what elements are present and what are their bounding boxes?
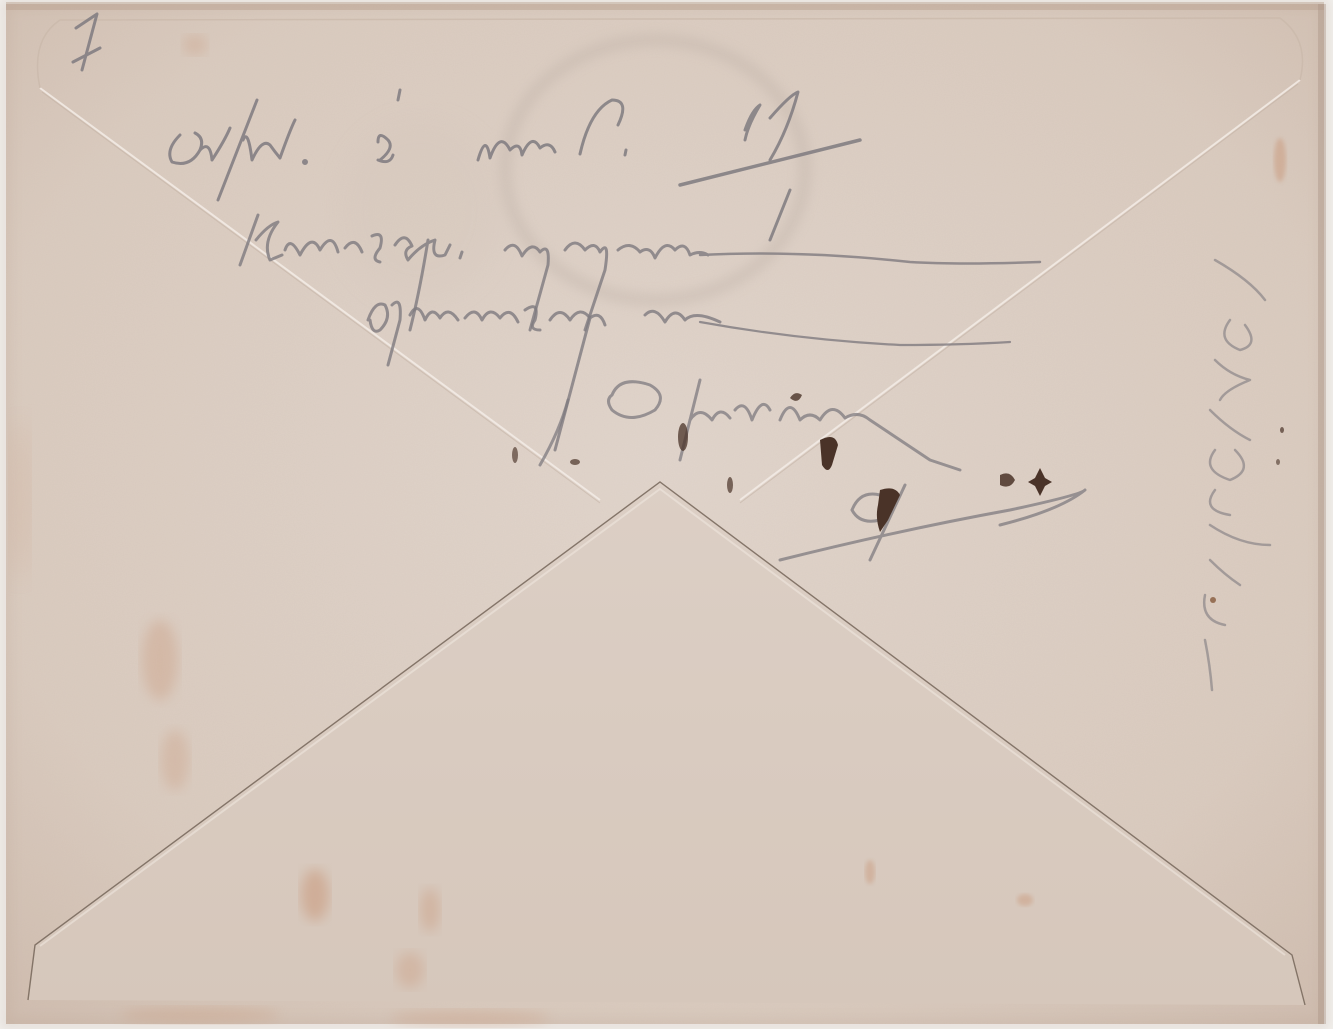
envelope-illustration (0, 0, 1333, 1029)
envelope-photo: 7 Ajw. 3' мвл. 17 Кимнз урл ну ерурл орз… (0, 0, 1333, 1029)
